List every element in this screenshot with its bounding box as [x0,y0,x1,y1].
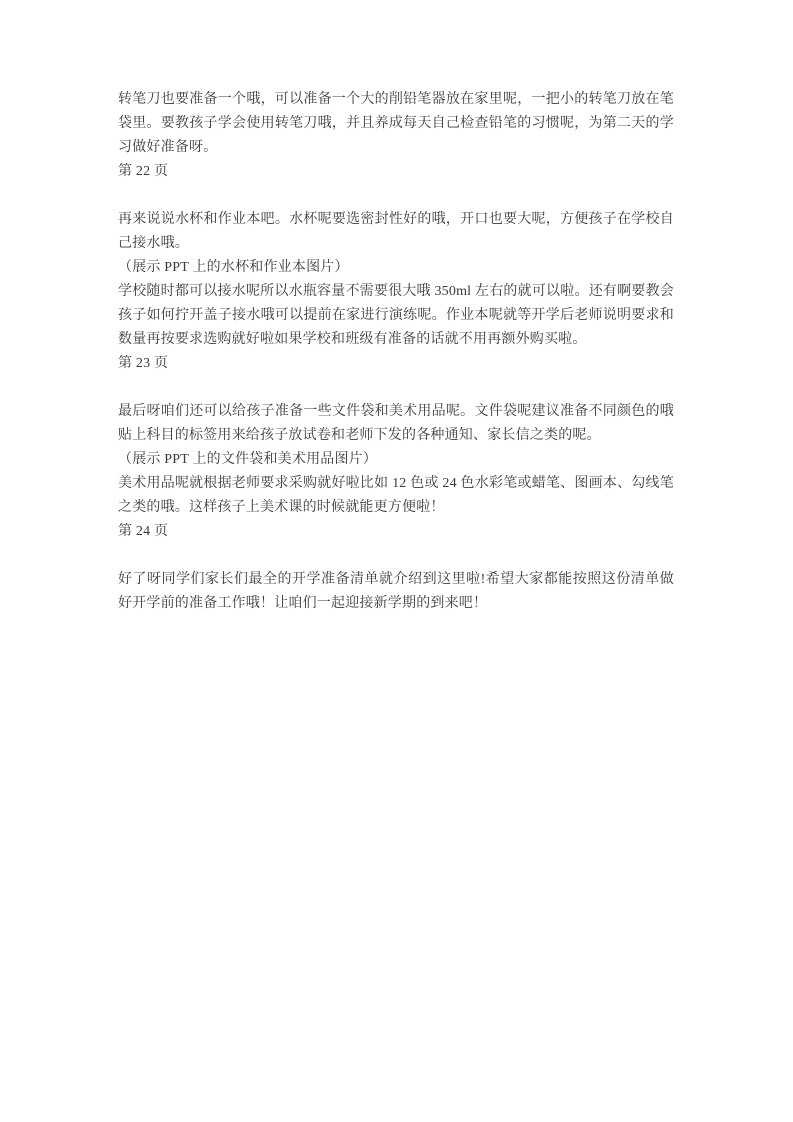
page-label-22: 第 22 页 [118,160,674,184]
page-label-24: 第 24 页 [118,520,674,544]
ppt-note-file-folders: （展示 PPT 上的文件袋和美术用品图片） [118,448,674,472]
paragraph-art-supplies: 美术用品呢就根据老师要求采购就好啦比如 12 色或 24 色水彩笔或蜡笔、图画本… [118,472,674,520]
paragraph-water-bottle-details: 学校随时都可以接水呢所以水瓶容量不需要很大哦 350ml 左右的就可以啦。还有啊… [118,280,674,352]
page-label-23: 第 23 页 [118,352,674,376]
document-page: 转笔刀也要准备一个哦，可以准备一个大的削铅笔器放在家里呢，一把小的转笔刀放在笔袋… [0,0,793,1122]
paragraph-pencil-sharpener: 转笔刀也要准备一个哦，可以准备一个大的削铅笔器放在家里呢，一把小的转笔刀放在笔袋… [118,88,674,160]
paragraph-water-cup-intro: 再来说说水杯和作业本吧。水杯呢要选密封性好的哦，开口也要大呢，方便孩子在学校自己… [118,208,674,256]
paragraph-file-folders: 最后呀咱们还可以给孩子准备一些文件袋和美术用品呢。文件袋呢建议准备不同颜色的哦贴… [118,400,674,448]
ppt-note-water-cup: （展示 PPT 上的水杯和作业本图片） [118,256,674,280]
paragraph-closing: 好了呀同学们家长们最全的开学准备清单就介绍到这里啦!希望大家都能按照这份清单做好… [118,568,674,616]
document-text-body: 转笔刀也要准备一个哦，可以准备一个大的削铅笔器放在家里呢，一把小的转笔刀放在笔袋… [118,88,674,616]
